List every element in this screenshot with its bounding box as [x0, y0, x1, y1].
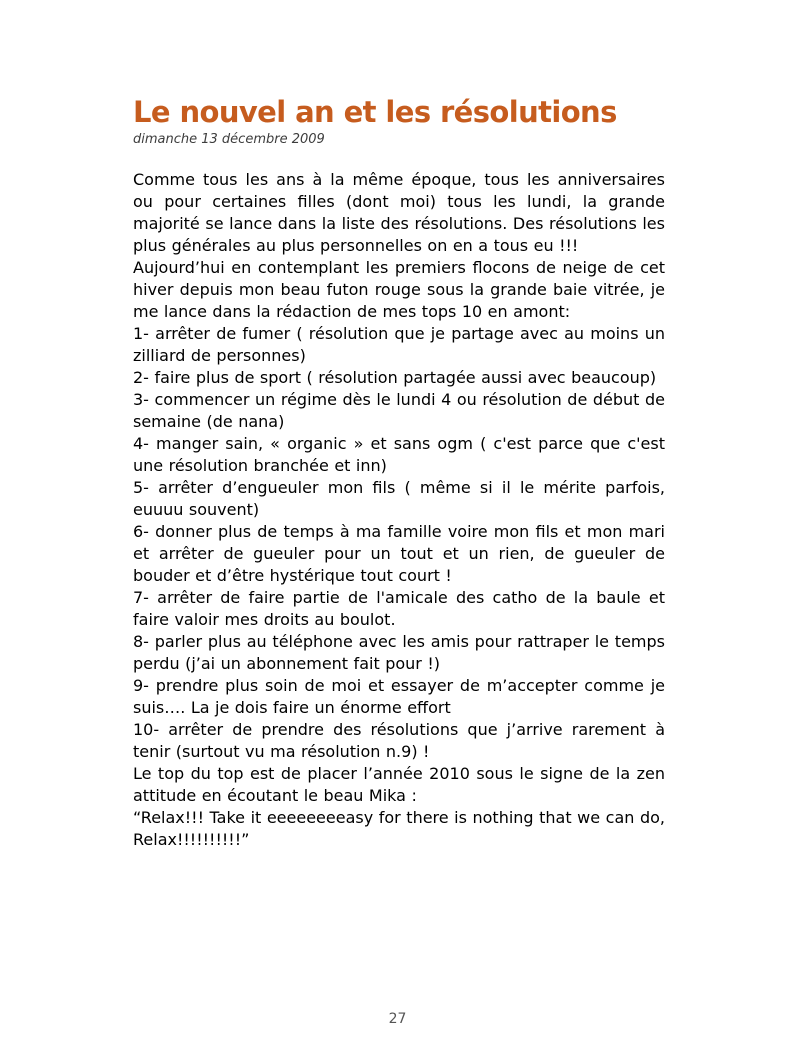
post-paragraph: 3- commencer un régime dès le lundi 4 ou…: [133, 389, 665, 433]
post-title: Le nouvel an et les résolutions: [133, 96, 665, 129]
post-paragraph: Comme tous les ans à la même époque, tou…: [133, 169, 665, 257]
post-paragraph: 4- manger sain, « organic » et sans ogm …: [133, 433, 665, 477]
post-paragraph: 5- arrêter d’engueuler mon fils ( même s…: [133, 477, 665, 521]
post-paragraph: 8- parler plus au téléphone avec les ami…: [133, 631, 665, 675]
post-paragraph: 2- faire plus de sport ( résolution part…: [133, 367, 665, 389]
post-paragraph: Le top du top est de placer l’année 2010…: [133, 763, 665, 807]
post-paragraph: 9- prendre plus soin de moi et essayer d…: [133, 675, 665, 719]
post-paragraph: 1- arrêter de fumer ( résolution que je …: [133, 323, 665, 367]
post-paragraph: “Relax!!! Take it eeeeeeeeasy for there …: [133, 807, 665, 851]
post-date: dimanche 13 décembre 2009: [133, 132, 665, 148]
post-paragraph: 7- arrêter de faire partie de l'amicale …: [133, 587, 665, 631]
article: Le nouvel an et les résolutions dimanche…: [133, 96, 665, 851]
document-page: Le nouvel an et les résolutions dimanche…: [0, 0, 795, 1063]
page-number: 27: [0, 1011, 795, 1027]
post-paragraph: 10- arrêter de prendre des résolutions q…: [133, 719, 665, 763]
post-paragraph: Aujourd’hui en contemplant les premiers …: [133, 257, 665, 323]
post-body: Comme tous les ans à la même époque, tou…: [133, 169, 665, 851]
post-paragraph: 6- donner plus de temps à ma famille voi…: [133, 521, 665, 587]
